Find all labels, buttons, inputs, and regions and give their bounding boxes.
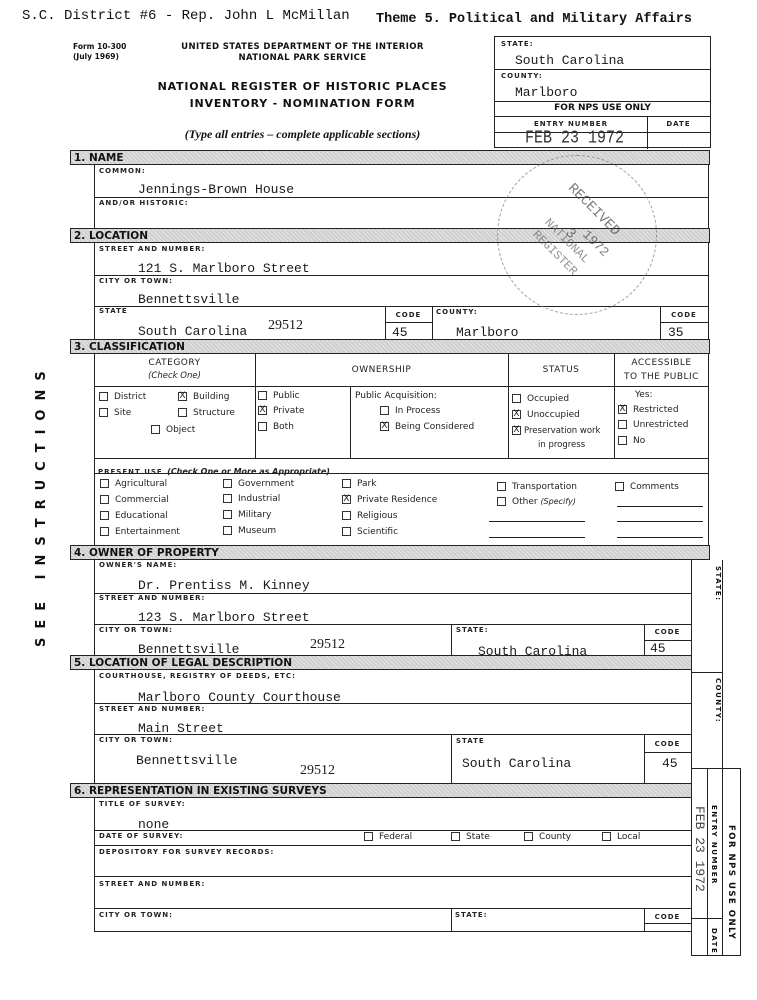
checkbox-industrial[interactable] [223,494,232,503]
use-entertainment[interactable]: Entertainment [100,527,180,537]
location-state-label: STATE [99,307,128,315]
acquisition-being-considered-label: Being Considered [395,422,474,432]
use-museum-label: Museum [238,526,276,536]
agency-line1: UNITED STATES DEPARTMENT OF THE INTERIOR [150,42,455,53]
checkbox-in-process[interactable] [380,406,389,415]
location-county-code-label: CODE [660,311,708,319]
checkbox-government[interactable] [223,479,232,488]
checkbox-no[interactable] [618,436,627,445]
top-state-label: STATE: [501,40,534,48]
use-agricultural-label: Agricultural [115,479,167,489]
location-state-code-label: CODE [385,311,432,319]
survey-city-label: CITY OR TOWN: [99,911,173,919]
received-stamp: RECEIVED 3 1972 NATIONAL REGISTER [497,155,657,315]
use-educational[interactable]: Educational [100,511,168,521]
section-surveys-title: 6. REPRESENTATION IN EXISTING SURVEYS [71,784,691,798]
section-owner-header: 4. OWNER OF PROPERTY [70,545,710,560]
checkbox-county[interactable] [524,832,533,841]
present-use-label: PRESENT USE [98,468,163,476]
checkbox-scientific[interactable] [342,527,351,536]
location-street-field[interactable]: 121 S. Marlboro Street [138,261,310,276]
use-commercial[interactable]: Commercial [100,495,169,505]
depository-label: DEPOSITORY FOR SURVEY RECORDS: [99,848,274,856]
checkbox-religious[interactable] [342,511,351,520]
legal-street-label: STREET AND NUMBER: [99,705,205,713]
status-occupied[interactable]: Occupied [512,394,569,404]
top-date-label: DATE [647,120,710,128]
survey-title-label: TITLE OF SURVEY: [99,800,186,808]
checkbox-structure[interactable] [178,408,187,417]
use-park-label: Park [357,479,376,489]
margin-county-label: COUNTY: [714,678,722,723]
accessible-header-line2: TO THE PUBLIC [614,372,709,382]
status-preservation-label2: in progress [538,440,585,450]
owner-street-label: STREET AND NUMBER: [99,594,205,602]
level-state-label: State [466,832,490,842]
checkbox-district[interactable] [99,392,108,401]
acquisition-in-process-label: In Process [395,406,440,416]
level-county-label: County [539,832,571,842]
location-county-label: COUNTY: [436,308,478,316]
category-structure[interactable]: Structure [178,408,235,418]
checkbox-being-considered[interactable]: X [380,422,389,431]
accessible-header-line1: ACCESSIBLE [614,358,709,368]
survey-street-label: STREET AND NUMBER: [99,880,205,888]
section-legal-title: 5. LOCATION OF LEGAL DESCRIPTION [71,656,691,670]
checkbox-occupied[interactable] [512,394,521,403]
use-agricultural[interactable]: Agricultural [100,479,167,489]
top-nps-label: FOR NPS USE ONLY [495,103,710,113]
accessible-unrestricted-label: Unrestricted [633,420,688,430]
public-acquisition-label: Public Acquisition: [355,391,437,401]
ownership-both[interactable]: Both [258,422,294,432]
use-religious-label: Religious [357,511,398,521]
use-private-residence[interactable]: XPrivate Residence [342,495,437,505]
accessible-no[interactable]: No [618,436,645,446]
historic-label: AND/OR HISTORIC: [99,199,189,207]
acquisition-in-process[interactable]: In Process [380,406,440,416]
historic-name-field[interactable] [138,212,438,226]
owner-zip: 29512 [310,637,345,653]
type-instructions: (Type all entries – complete applicable … [150,127,455,142]
use-transportation[interactable]: Transportation [497,482,577,492]
section-legal-header: 5. LOCATION OF LEGAL DESCRIPTION [70,655,692,670]
acquisition-being-considered[interactable]: XBeing Considered [380,422,474,432]
use-other-hint: (Specify) [540,497,576,506]
comments-line1[interactable] [617,506,703,507]
ownership-private[interactable]: XPrivate [258,406,304,416]
form-number-text: Form 10-300 [73,42,126,52]
ownership-private-label: Private [273,406,304,416]
owner-street-field[interactable]: 123 S. Marlboro Street [138,610,310,625]
category-building[interactable]: XBuilding [178,392,230,402]
location-county-field[interactable]: Marlboro [456,325,518,340]
courthouse-label: COURTHOUSE, REGISTRY OF DEEDS, ETC: [99,672,296,680]
legal-city-label: CITY OR TOWN: [99,736,173,744]
use-comments[interactable]: Comments [615,482,679,492]
use-private-residence-label: Private Residence [357,495,437,505]
top-county-label: COUNTY: [501,72,543,80]
category-district-label: District [114,392,146,402]
level-federal-label: Federal [379,832,412,842]
level-local[interactable]: Local [602,832,640,842]
use-park[interactable]: Park [342,479,376,489]
checkbox-entertainment[interactable] [100,527,109,536]
section-surveys-header: 6. REPRESENTATION IN EXISTING SURVEYS [70,783,692,798]
checkbox-private[interactable]: X [258,406,267,415]
category-building-label: Building [193,392,230,402]
checkbox-commercial[interactable] [100,495,109,504]
theme-line: Theme 5. Political and Military Affairs [376,12,692,27]
accessible-no-label: No [633,436,645,446]
level-local-label: Local [617,832,640,842]
owner-name-label: OWNER'S NAME: [99,561,177,569]
ownership-public[interactable]: Public [258,391,300,401]
accessible-restricted[interactable]: XRestricted [618,405,679,415]
form-number: Form 10-300 (July 1969) [73,42,126,62]
survey-street-field[interactable] [98,890,688,906]
legal-zip: 29512 [300,763,335,779]
category-site[interactable]: Site [99,408,131,418]
checkbox-park[interactable] [342,479,351,488]
owner-state-label: STATE: [456,626,489,634]
owner-city-label: CITY OR TOWN: [99,626,173,634]
common-label: COMMON: [99,167,146,175]
checkbox-both[interactable] [258,422,267,431]
status-occupied-label: Occupied [527,394,569,404]
category-header: CATEGORY [94,358,255,368]
use-scientific-label: Scientific [357,527,398,537]
form-title: NATIONAL REGISTER OF HISTORIC PLACES INV… [140,78,465,112]
agency-line2: NATIONAL PARK SERVICE [150,53,455,64]
checkbox-site[interactable] [99,408,108,417]
present-use-heading: PRESENT USE (Check One or More as Approp… [98,461,330,479]
category-subheader: (Check One) [94,371,255,381]
section-name-header: 1. NAME [70,150,710,165]
common-name-field[interactable]: Jennings-Brown House [138,182,294,197]
legal-state-field[interactable]: South Carolina [462,756,571,771]
use-other-label: Other [512,497,538,507]
location-street-label: STREET AND NUMBER: [99,245,205,253]
checkbox-military[interactable] [223,510,232,519]
location-city-label: CITY OR TOWN: [99,277,173,285]
checkbox-public[interactable] [258,391,267,400]
checkbox-state[interactable] [451,832,460,841]
survey-state-label: STATE: [455,911,488,919]
use-industrial-label: Industrial [238,494,280,504]
use-government-label: Government [238,479,294,489]
margin-date-label: DATE [710,928,718,954]
margin-entry-stamp: FEB 23 1972 [692,806,707,892]
checkbox-museum[interactable] [223,526,232,535]
status-header: STATUS [508,365,614,375]
use-scientific[interactable]: Scientific [342,527,398,537]
checkbox-educational[interactable] [100,511,109,520]
use-educational-label: Educational [115,511,168,521]
location-city-field[interactable]: Bennettsville [138,292,239,307]
checkbox-unoccupied[interactable]: X [512,410,521,419]
category-object-label: Object [166,425,195,435]
category-site-label: Site [114,408,131,418]
use-military-label: Military [238,510,271,520]
use-other[interactable]: Other (Specify) [497,497,576,507]
checkbox-private-residence[interactable]: X [342,495,351,504]
form-date-text: (July 1969) [73,52,126,62]
use-comments-label: Comments [630,482,679,492]
section-classification-title: 3. CLASSIFICATION [71,340,709,354]
accessible-restricted-label: Restricted [633,405,679,415]
margin-nps-label: FOR NPS USE ONLY [726,825,736,940]
location-county-code[interactable]: 35 [668,325,684,340]
see-instructions-sidebar: SEE INSTRUCTIONS [34,360,49,650]
use-industrial[interactable]: Industrial [223,494,280,504]
checkbox-local[interactable] [602,832,611,841]
status-unoccupied[interactable]: XUnoccupied [512,410,580,420]
survey-date-label: DATE OF SURVEY: [99,832,183,840]
status-preservation-label: Preservation work [524,426,600,436]
legal-state-label: STATE [456,737,485,745]
use-entertainment-label: Entertainment [115,527,180,537]
state-county-box: STATE: South Carolina COUNTY: Marlboro F… [494,36,711,148]
accessible-unrestricted[interactable]: Unrestricted [618,420,688,430]
top-state-value: South Carolina [515,53,624,68]
legal-code-field[interactable]: 45 [662,756,678,771]
legal-city-field[interactable]: Bennettsville [136,753,237,768]
depository-field[interactable] [98,858,688,874]
use-commercial-label: Commercial [115,495,169,505]
use-museum[interactable]: Museum [223,526,276,536]
ownership-both-label: Both [273,422,294,432]
checkbox-object[interactable] [151,425,160,434]
section-owner-title: 4. OWNER OF PROPERTY [71,546,709,560]
owner-name-field[interactable]: Dr. Prentiss M. Kinney [138,578,310,593]
margin-entry-number-label: ENTRY NUMBER [710,805,718,885]
level-federal[interactable]: Federal [364,832,412,842]
owner-code-field[interactable]: 45 [650,641,666,656]
owner-code-label: CODE [644,628,691,636]
form-title-line1: NATIONAL REGISTER OF HISTORIC PLACES [140,78,465,95]
category-structure-label: Structure [193,408,235,418]
location-zip: 29512 [268,318,303,334]
location-state-code[interactable]: 45 [392,325,408,340]
use-government[interactable]: Government [223,479,294,489]
checkbox-restricted[interactable]: X [618,405,627,414]
top-entry-number-label: ENTRY NUMBER [495,120,647,128]
district-line: S.C. District #6 - Rep. John L McMillan [22,8,350,24]
other-specify-line1[interactable] [489,521,585,522]
agency-header: UNITED STATES DEPARTMENT OF THE INTERIOR… [150,42,455,64]
classification-grid [94,354,709,546]
use-transportation-label: Transportation [512,482,577,492]
checkbox-other[interactable] [497,497,506,506]
use-religious[interactable]: Religious [342,511,398,521]
survey-code-label: CODE [644,913,691,921]
ownership-public-label: Public [273,391,300,401]
checkbox-comments[interactable] [615,482,624,491]
accessible-yes-label: Yes: [635,390,653,400]
legal-code-label: CODE [644,740,691,748]
location-state-field[interactable]: South Carolina [138,324,247,339]
checkbox-federal[interactable] [364,832,373,841]
top-entry-stamp: FEB 23 1972 [525,128,624,148]
checkbox-transportation[interactable] [497,482,506,491]
other-specify-line2[interactable] [489,537,585,538]
ownership-header: OWNERSHIP [255,365,508,375]
use-military[interactable]: Military [223,510,271,520]
category-district[interactable]: District [99,392,146,402]
checkbox-unrestricted[interactable] [618,420,627,429]
checkbox-agricultural[interactable] [100,479,109,488]
section-classification-header: 3. CLASSIFICATION [70,339,710,354]
category-object[interactable]: Object [151,425,195,435]
status-preservation[interactable]: XPreservation work [512,426,600,436]
top-county-value: Marlboro [515,85,577,100]
checkbox-preservation[interactable]: X [512,426,521,435]
present-use-hint: (Check One or More as Appropriate) [167,467,330,476]
form-title-line2: INVENTORY - NOMINATION FORM [140,95,465,112]
checkbox-building[interactable]: X [178,392,187,401]
margin-state-label: STATE: [714,566,722,602]
comments-line2[interactable] [617,521,703,522]
level-county[interactable]: County [524,832,571,842]
status-unoccupied-label: Unoccupied [527,410,580,420]
comments-line3[interactable] [617,537,703,538]
level-state[interactable]: State [451,832,490,842]
